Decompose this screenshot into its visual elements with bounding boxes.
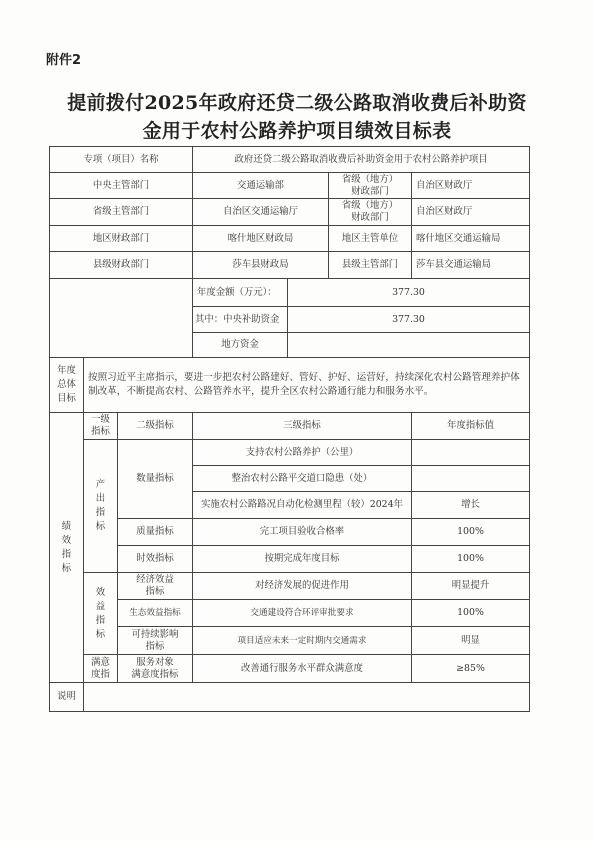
label-char: 产 — [86, 478, 115, 492]
level3-indicator: 按期完成年度目标 — [193, 546, 412, 573]
central-dept-value: 交通运输部 — [193, 173, 329, 199]
level2-header: 二级指标 — [118, 413, 193, 440]
label-char: 效 — [86, 586, 115, 600]
performance-target-table: 专项（项目）名称 政府还贷二级公路取消收费后补助资金用于农村公路养护项目 中央主… — [49, 146, 530, 712]
label-char: 指 — [86, 506, 115, 520]
service-satisfaction-label: 服务对象满意度指标 — [118, 655, 193, 683]
label-char: 标 — [86, 520, 115, 534]
label-line: 省级（地方） — [331, 200, 409, 212]
level3-indicator: 对经济发展的促进作用 — [193, 573, 412, 600]
central-subsidy-value: 377.30 — [288, 307, 530, 333]
label-char: 绩 — [52, 520, 81, 534]
central-dept-label: 中央主管部门 — [50, 173, 193, 199]
satisfaction-indicators-label: 满意度指 — [84, 655, 118, 683]
annual-goal-row: 年度总体目标 按照习近平主席指示，要进一步把农村公路建好、管好、护好、运营好，持… — [50, 358, 530, 413]
notes-row: 说明 — [50, 683, 530, 712]
indicator-value: 100% — [412, 600, 530, 627]
output-indicators-label: 产出指标 — [84, 440, 118, 573]
label-line: 指标 — [120, 641, 190, 653]
dept-row: 地区财政部门 喀什地区财政局 地区主管单位 喀什地区交通运输局 — [50, 226, 530, 252]
label-line: 一级 — [86, 414, 115, 426]
label-char: 标 — [86, 628, 115, 642]
label-line: 省级（地方） — [331, 174, 409, 186]
level3-indicator: 完工项目验收合格率 — [193, 519, 412, 546]
quality-indicator-label: 质量指标 — [118, 519, 193, 546]
local-fund-label: 地方资金 — [193, 333, 288, 358]
label-line: 可持续影响 — [120, 629, 190, 641]
county-finance-value: 莎车县财政局 — [193, 252, 329, 279]
local-fund-value — [288, 333, 530, 358]
label-char: 益 — [86, 600, 115, 614]
indicator-row: 可持续影响指标 项目适应未来一定时期内交通需求 明显 — [50, 627, 530, 655]
ecological-benefit-label: 生态效益指标 — [118, 600, 193, 627]
county-authority-label: 县级主管部门 — [329, 252, 412, 279]
indicator-value: 100% — [412, 546, 530, 573]
project-name-value: 政府还贷二级公路取消收费后补助资金用于农村公路养护项目 — [193, 147, 530, 173]
indicator-value: 明显提升 — [412, 573, 530, 600]
provincial-finance-label: 省级（地方）财政部门 — [329, 199, 412, 226]
label-line: 满意度指标 — [120, 669, 190, 681]
indicator-value: 明显 — [412, 627, 530, 655]
label-char: 指 — [52, 548, 81, 562]
indicator-row: 效益指标 经济效益指标 对经济发展的促进作用 明显提升 — [50, 573, 530, 600]
project-name-row: 专项（项目）名称 政府还贷二级公路取消收费后补助资金用于农村公路养护项目 — [50, 147, 530, 173]
annual-amount-label: 年度金额（万元）： — [193, 279, 288, 307]
label-line: 总体 — [52, 378, 81, 392]
prefecture-finance-value: 喀什地区财政局 — [193, 226, 329, 252]
provincial-finance-value: 自治区财政厅 — [412, 199, 530, 226]
dept-row: 县级财政部门 莎车县财政局 县级主管部门 莎车县交通运输局 — [50, 252, 530, 279]
level3-indicator: 实施农村公路路况自动化检测里程（较）2024年 — [193, 492, 412, 519]
fund-row: 年度金额（万元）： 377.30 — [50, 279, 530, 307]
indicator-value — [412, 440, 530, 466]
county-authority-value: 莎车县交通运输局 — [412, 252, 530, 279]
benefit-indicators-label: 效益指标 — [84, 573, 118, 655]
page-title-line-2: 金用于农村公路养护项目绩效目标表 — [0, 116, 594, 143]
dept-row: 省级主管部门 自治区交通运输厅 省级（地方）财政部门 自治区财政厅 — [50, 199, 530, 226]
label-char: 标 — [52, 562, 81, 576]
indicator-value: ≥85% — [412, 655, 530, 683]
label-line: 指标 — [120, 586, 190, 598]
indicator-value: 增长 — [412, 492, 530, 519]
label-line: 年度 — [52, 364, 81, 378]
label-char: 指 — [86, 614, 115, 628]
indicator-header-row: 绩效指标 一级指标 二级指标 三级指标 年度指标值 — [50, 413, 530, 440]
timeliness-indicator-label: 时效指标 — [118, 546, 193, 573]
provincial-dept-label: 省级主管部门 — [50, 199, 193, 226]
notes-value — [84, 683, 530, 712]
level1-header: 一级指标 — [84, 413, 118, 440]
level3-indicator: 交通建设符合环评审批要求 — [193, 600, 412, 627]
level3-indicator: 项目适应未来一定时期内交通需求 — [193, 627, 412, 655]
level3-indicator: 整治农村公路平交道口隐患（处） — [193, 466, 412, 492]
project-name-label: 专项（项目）名称 — [50, 147, 193, 173]
quantity-indicator-label: 数量指标 — [118, 440, 193, 519]
label-line: 度指 — [86, 669, 115, 681]
indicator-value — [412, 466, 530, 492]
dept-row: 中央主管部门 交通运输部 省级（地方）财政部门 自治区财政厅 — [50, 173, 530, 199]
prefecture-finance-label: 地区财政部门 — [50, 226, 193, 252]
level3-indicator: 支持农村公路养护（公里） — [193, 440, 412, 466]
label-char: 效 — [52, 534, 81, 548]
performance-indicators-label: 绩效指标 — [50, 413, 84, 683]
central-subsidy-label: 其中：中央补助资金 — [193, 307, 288, 333]
indicator-row: 时效指标 按期完成年度目标 100% — [50, 546, 530, 573]
label-line: 指标 — [86, 426, 115, 438]
value-header: 年度指标值 — [412, 413, 530, 440]
indicator-row: 质量指标 完工项目验收合格率 100% — [50, 519, 530, 546]
page-title-line-1: 提前拨付2025年政府还贷二级公路取消收费后补助资 — [0, 88, 594, 115]
provincial-finance-value: 自治区财政厅 — [412, 173, 530, 199]
notes-label: 说明 — [50, 683, 84, 712]
label-line: 财政部门 — [331, 186, 409, 198]
indicator-row: 产出指标 数量指标 支持农村公路养护（公里） — [50, 440, 530, 466]
label-line: 满意 — [86, 657, 115, 669]
county-finance-label: 县级财政部门 — [50, 252, 193, 279]
label-char: 出 — [86, 492, 115, 506]
sustainability-label: 可持续影响指标 — [118, 627, 193, 655]
level3-header: 三级指标 — [193, 413, 412, 440]
prefecture-authority-label: 地区主管单位 — [329, 226, 412, 252]
indicator-value: 100% — [412, 519, 530, 546]
indicator-row: 生态效益指标 交通建设符合环评审批要求 100% — [50, 600, 530, 627]
provincial-finance-label: 省级（地方）财政部门 — [329, 173, 412, 199]
annual-goal-text: 按照习近平主席指示，要进一步把农村公路建好、管好、护好、运营好，持续深化农村公路… — [84, 358, 530, 413]
label-line: 财政部门 — [331, 212, 409, 224]
attachment-label: 附件2 — [46, 49, 81, 68]
provincial-dept-value: 自治区交通运输厅 — [193, 199, 329, 226]
label-line: 服务对象 — [120, 657, 190, 669]
fund-blank-cell — [50, 279, 193, 358]
label-line: 目标 — [52, 392, 81, 406]
prefecture-authority-value: 喀什地区交通运输局 — [412, 226, 530, 252]
level3-indicator: 改善通行服务水平群众满意度 — [193, 655, 412, 683]
annual-amount-value: 377.30 — [288, 279, 530, 307]
annual-goal-label: 年度总体目标 — [50, 358, 84, 413]
indicator-row: 满意度指 服务对象满意度指标 改善通行服务水平群众满意度 ≥85% — [50, 655, 530, 683]
economic-benefit-label: 经济效益指标 — [118, 573, 193, 600]
label-line: 经济效益 — [120, 574, 190, 586]
